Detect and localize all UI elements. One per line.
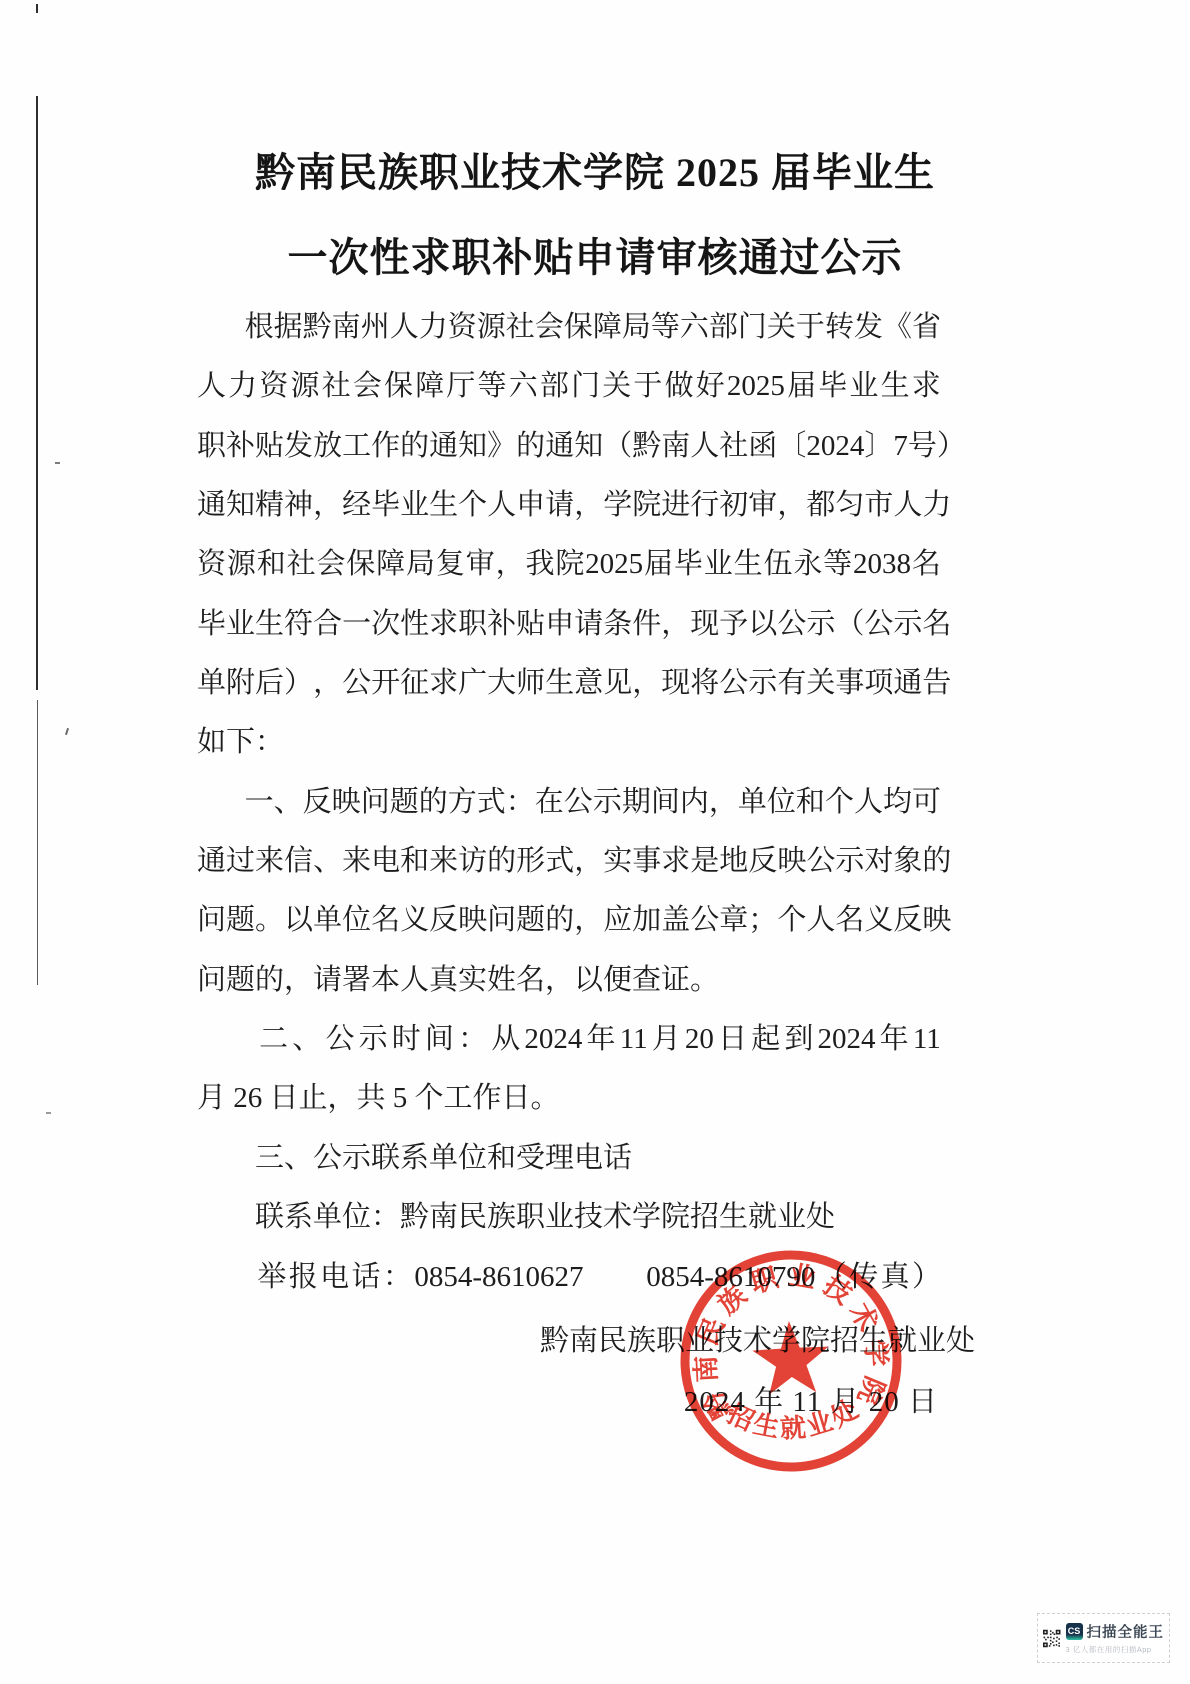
body-line: 月 26 日止，共 5 个工作日。 [197,1069,941,1128]
document-title-line1: 黔南民族职业技术学院 2025 届毕业生 [0,141,1190,198]
body-line: 问题的，请署本人真实姓名，以便查证。 [197,951,941,1010]
document-body: 根据黔南州人力资源社会保障局等六部门关于转发《省人力资源社会保障厅等六部门关于做… [197,298,941,1307]
body-line: 如下： [197,713,941,772]
body-line: 资源和社会保障局复审，我院2025届毕业生伍永等2038名 [197,535,941,594]
scan-artifact-line [36,96,38,690]
body-line: 三、公示联系单位和受理电话 [197,1129,941,1188]
body-line: 一、反映问题的方式：在公示期间内，单位和个人均可 [197,773,941,832]
official-seal: 黔南民族职业技术学院 招生就业处 [654,1224,927,1497]
body-line: 问题。以单位名义反映问题的，应加盖公章；个人名义反映 [197,891,941,950]
scan-artifact-line [36,4,38,13]
scanned-document-page: 黔南民族职业技术学院 2025 届毕业生 一次性求职补贴申请审核通过公示 根据黔… [0,0,1190,1684]
camscanner-tagline: 3 亿人都在用的扫描App [1066,1644,1165,1655]
scan-speck [65,728,69,735]
body-line: 毕业生符合一次性求职补贴申请条件，现予以公示（公示名 [197,595,941,654]
camscanner-brand: 扫描全能王 [1087,1621,1165,1642]
scan-speck [55,462,60,464]
body-line: 单附后），公开征求广大师生意见，现将公示有关事项通告 [197,654,941,713]
camscanner-logo-icon: CS [1066,1623,1083,1640]
document-title-line2: 一次性求职补贴申请审核通过公示 [0,226,1190,283]
body-line: 通过来信、来电和来访的形式，实事求是地反映公示对象的 [197,832,941,891]
body-line: 职补贴发放工作的通知》的通知（黔南人社函〔2024〕7号） [197,417,941,476]
body-line: 二、公示时间：从2024年11月20日起到2024年11 [197,1010,941,1069]
body-line: 根据黔南州人力资源社会保障局等六部门关于转发《省 [197,298,941,357]
qr-code-icon [1043,1622,1061,1655]
camscanner-watermark: CS 扫描全能王 3 亿人都在用的扫描App [1037,1613,1170,1663]
body-line: 人力资源社会保障厅等六部门关于做好2025届毕业生求 [197,357,941,416]
red-star-icon [751,1319,831,1395]
scan-speck [46,1112,51,1114]
body-line: 通知精神，经毕业生个人申请，学院进行初审，都匀市人力 [197,476,941,535]
seal-bottom-text: 招生就业处 [721,1391,866,1446]
scan-artifact-line [37,700,38,985]
